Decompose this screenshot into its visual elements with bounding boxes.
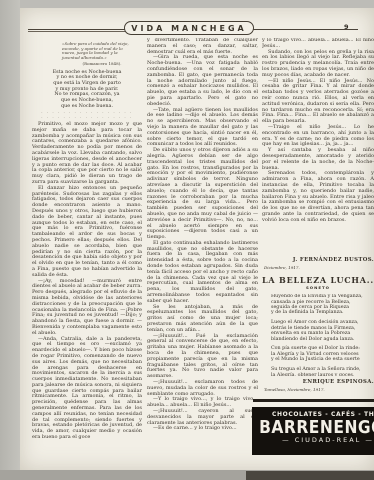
paragraph: —El niño Jesús... El niño Jesús... No ce… [262,79,374,125]
author-signature: J. FERNÁNDEZ BUSTOS. [262,258,374,264]
scan-edge-left [0,0,20,480]
epigraph-attribution: (Romancero 1848). [62,62,142,67]
poet-signature: ENRIQUE ESPINOSA. [262,380,374,386]
column-3: y lo traigo vivo... abuela... abuela... … [262,38,374,470]
paragraph: —¡Huuuuit!... cayeron al suelo desvaneci… [147,409,258,426]
story-text-end: y lo traigo vivo... abuela... abuela... … [262,38,374,254]
page-number: 9 [344,23,349,31]
stanza: Con pía suerte que el Dolor la rinde: la… [271,346,374,362]
advert-brand-name: BARRENENGOA [252,418,374,436]
scanned-newspaper-page: { "colors": { "paper": "#f2efe6", "ink":… [0,0,374,480]
poem-line: la Alegría, obtener lauros y goces, [271,373,374,377]
poem-line: Huyendo de la Envidia y la Venganza, [271,294,374,299]
paragraph: Sudando, con los pelos en greña y la ris… [262,50,374,79]
poem-line: y el Mundo la Justicia de esta suerte [271,357,374,362]
dotted-separator: . . . . . . . . . . . . . . . . . [32,115,142,120]
story-text: Primitivo, el mozo mejor mozo y que mejo… [32,122,142,441]
paragraph: y divertimiento. Trataban de cualquier m… [147,38,258,55]
paragraph: —¡Huuuuit!... Fué la exclamación general… [147,334,258,380]
paragraph: —¡Ay, mocedad! —murmuró entre dientes el… [32,279,142,337]
sonnet: Huyendo de la Envidia y la Venganza, can… [262,294,374,376]
paragraph: Se les antojaban, a más de espeluznantes… [147,305,258,334]
paragraph: De súbito unos y otros dijeron adiós a s… [147,148,258,241]
column-2: y divertimiento. Trataban de cualquier m… [147,38,258,470]
poem-date: Tomelloso, Noviembre, 1917. [262,387,374,393]
paragraph: y lo traigo vivo... abuela... abuela... … [262,38,374,50]
article-title: LA BELLEZA LUCHA... [262,278,374,284]
stanza: Luego el Amor con decisión avanza, detrá… [271,320,374,342]
advertisement-barrenengoa: CHOCOLATES - CAFÉS - THES BARRENENGOA — … [252,407,374,455]
paragraph: —Gira la rueda, que esta noche es Noche-… [147,55,258,107]
masthead-title: VIDA MANCHEGA [131,24,246,33]
paragraph: —¡Huuuuit!... exclamaron todos de nuevo,… [147,380,258,397]
stanza: Huyendo de la Envidia y la Venganza, can… [271,294,374,316]
paragraph: El gato continuaba exhalando lastimeros … [147,241,258,305]
paragraph: —Anda, Catralia, dale a la pandereta, qu… [32,337,142,441]
christmas-verse: Esta noche es Noche-buena y no es noche … [32,70,142,110]
masthead: VIDA MANCHEGA [124,21,254,35]
paragraph: Serenados todos, contempláronla y admira… [262,171,374,223]
advert-separator-rule [253,399,374,402]
poem-line: y de la definida la Templanza. [271,310,374,315]
paragraph: —Traigo el niño Jesús... Lo he encontrad… [262,125,374,148]
paragraph: —Es de carne... y lo traigo vivo... [147,426,258,432]
poem-line: blandiendo del Dolor aguda lanza. [271,337,374,342]
article-subtitle: SONETO [262,285,374,291]
paragraph: —Tate, mal agüero tienen los maullidos d… [147,108,258,149]
paragraph: Primitivo, el mozo mejor mozo y que mejo… [32,122,142,186]
column-1: «Sobre para el cuidado del viejo, escond… [32,38,142,470]
header-rule-double [28,31,128,32]
poem-line: Su tregua el Amor a la Señora rinde, [271,367,374,372]
article-date: Diciembre, 1917. [262,265,374,271]
newspaper-page: VIDA MANCHEGA 9 «Sobre para el cuidado d… [20,8,374,470]
paragraph: Y así cantaba y besaba al niño desespera… [262,148,374,171]
stanza: Su tregua el Amor a la Señora rinde, la … [271,367,374,376]
scan-edge-bottom-dark [246,471,374,480]
epigraph: «Sobre para el cuidado del viejo, escond… [62,42,142,67]
paragraph: El danzar hizo entonces un pequeño parén… [32,186,142,279]
